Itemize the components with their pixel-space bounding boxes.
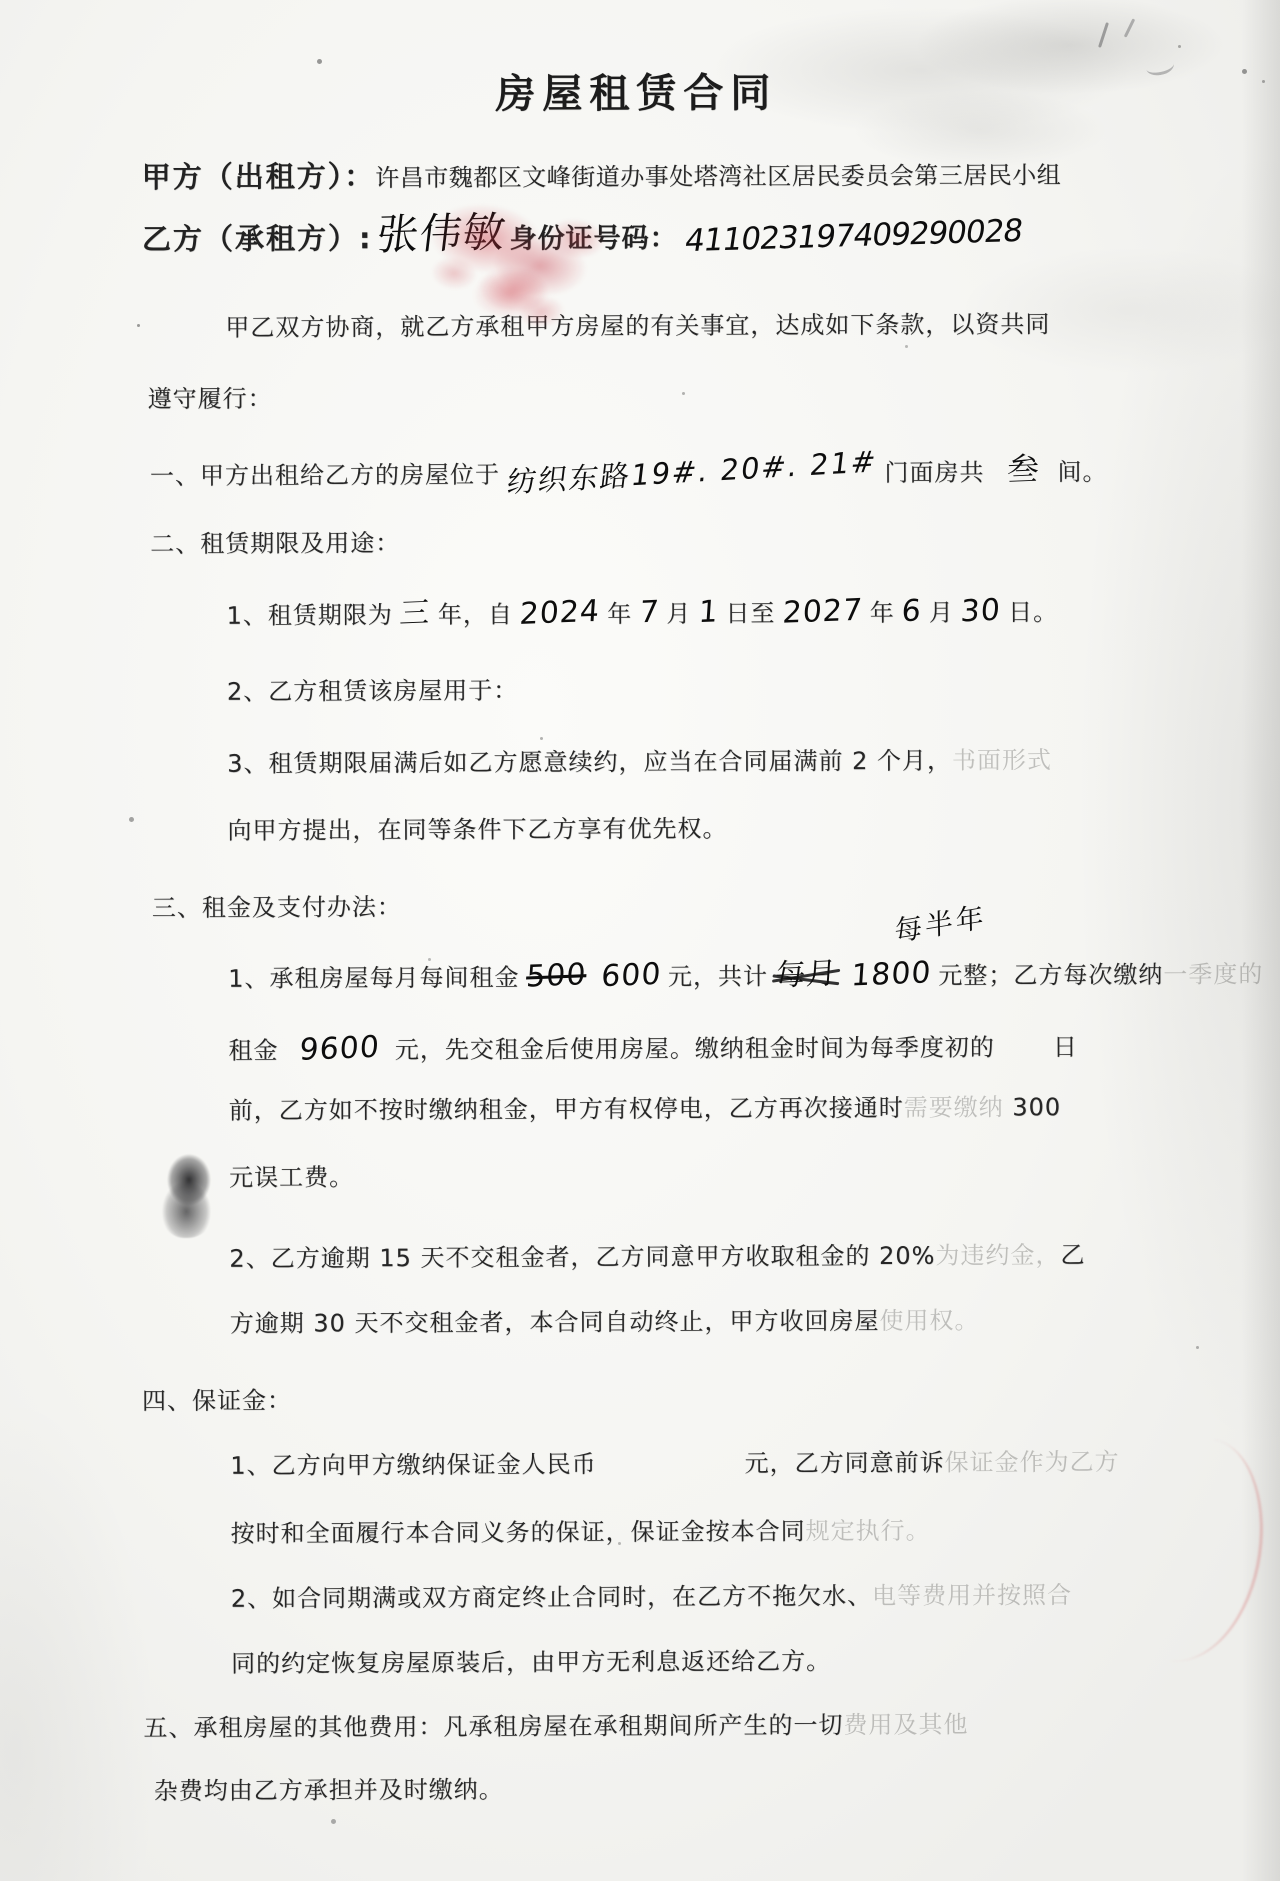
deposit-post: 元，乙方同意前诉 — [745, 1449, 945, 1478]
deposit2-faded: 规定执行。 — [806, 1517, 931, 1546]
clause3-item1-line2: 租金9600元，先交租金后使用房屋。缴纳租金时间为每季度初的日 — [228, 1028, 1078, 1068]
overdue30-main: 方逾期 30 天不交租金者，本合同自动终止，甲方收回房屋 — [230, 1307, 880, 1338]
end-year-handwritten: 2027 — [781, 593, 864, 632]
start-month-handwritten: 7 — [638, 595, 660, 632]
start-day-handwritten: 1 — [697, 594, 719, 631]
clause5-line2: 杂费均由乙方承担并及时缴纳。 — [154, 1776, 504, 1806]
term-s4: 日至 — [725, 599, 775, 627]
clause2-item3-line1: 3、租赁期限届满后如乙方愿意续约，应当在合同届满前 2 个月，书面形式 — [227, 746, 1052, 778]
clause3-item2-line2: 方逾期 30 天不交租金者，本合同自动终止，甲方收回房屋使用权。 — [230, 1307, 980, 1339]
end-day-handwritten: 30 — [960, 593, 1003, 631]
rent-pre: 1、承租房屋每月每间租金 — [228, 964, 519, 993]
deposit2-main: 按时和全面履行本合同义务的保证，保证金按本合同 — [231, 1517, 806, 1548]
deposit-pre: 1、乙方向甲方缴纳保证金人民币 — [230, 1450, 596, 1480]
clause1-mid: 门面房共 — [884, 458, 984, 486]
clause1-room-count-handwritten: 叁 — [1006, 450, 1042, 490]
term-s2: 年 — [607, 600, 632, 628]
blank-field — [597, 1472, 745, 1473]
late-fee-faded: 需要缴纳 — [904, 1093, 1004, 1121]
clause3-item1-line1: 1、承租房屋每月每间租金500600元，共计每月1800元整；乙方每次缴纳一季度… — [228, 955, 1263, 996]
party-a-label: 甲方（出租方）： — [142, 159, 376, 194]
clause1-suffix: 间。 — [1057, 458, 1107, 486]
clause4-item1-line1: 1、乙方向甲方缴纳保证金人民币元，乙方同意前诉保证金作为乙方 — [230, 1448, 1119, 1481]
quarter-rent-amount-handwritten: 9600 — [298, 1030, 381, 1069]
start-year-handwritten: 2024 — [519, 594, 602, 633]
rent-period-annotation-handwritten: 每半年 — [894, 895, 987, 950]
contract-content: 房屋租赁合同 甲方（出租方）：许昌市魏都区文峰街道办事处塔湾社区居民委员会第三居… — [0, 0, 1280, 1881]
contract-title: 房屋租赁合同 — [0, 67, 1276, 121]
end-month-handwritten: 6 — [901, 593, 923, 630]
overdue15-faded: 为违约金， — [935, 1241, 1060, 1270]
renewal-faded: 书面形式 — [952, 746, 1052, 774]
quarter-rent-s1: 元，先交租金后使用房屋。缴纳租金时间为每季度初的 — [395, 1033, 995, 1064]
clause3-item1-line3: 前，乙方如不按时缴纳租金，甲方有权停电，乙方再次接通时需要缴纳 300 — [229, 1093, 1062, 1125]
rent-s2: 元整；乙方每次缴纳 — [938, 961, 1163, 990]
rent-new-handwritten: 600 — [600, 957, 663, 995]
party-b-label: 乙方（承租方）: — [142, 221, 373, 256]
rent-total-handwritten: 1800 — [850, 955, 933, 994]
term-s6: 月 — [929, 599, 954, 627]
clause5-line1: 五、承租房屋的其他费用：凡承租房屋在承租期间所产生的一切费用及其他 — [143, 1711, 968, 1743]
clause4-item2-line2: 同的约定恢复房屋原装后，由甲方无利息返还给乙方。 — [231, 1647, 831, 1678]
rent-s1: 元，共计 — [668, 962, 768, 990]
id-label: 身份证号码： — [509, 223, 677, 255]
rent-scribble-handwritten: 每月 — [774, 956, 838, 995]
clause2-item1-line: 1、租赁期限为三年，自2024年7月1日至2027年6月30日。 — [226, 593, 1058, 633]
term-pre: 1、租赁期限为 — [227, 601, 393, 630]
clause1-pre: 一、甲方出租给乙方的房屋位于 — [150, 461, 500, 491]
deposit-post-faded: 保证金作为乙方 — [945, 1448, 1120, 1477]
clause3-item2-line1: 2、乙方逾期 15 天不交租金者，乙方同意甲方收取租金的 20%为违约金，乙 — [229, 1241, 1085, 1274]
term-years-handwritten: 三 — [399, 595, 432, 632]
party-a-line: 甲方（出租方）：许昌市魏都区文峰街道办事处塔湾社区居民委员会第三居民小组 — [142, 156, 1062, 195]
renewal-main: 3、租赁期限届满后如乙方愿意续约，应当在合同届满前 2 个月， — [227, 747, 952, 778]
party-b-name-handwritten: 张伟敏 — [374, 207, 509, 260]
overdue30-faded: 使用权。 — [879, 1307, 979, 1335]
clause1-location-handwritten: 纺织东路19#. 20#. 21# — [505, 444, 879, 500]
clause4-heading: 四、保证金： — [142, 1387, 292, 1416]
clause4-item1-line2: 按时和全面履行本合同义务的保证，保证金按本合同规定执行。 — [231, 1517, 931, 1549]
other-fees-main: 五、承租房屋的其他费用：凡承租房屋在承租期间所产生的一切 — [143, 1711, 843, 1742]
other-fees-faded: 费用及其他 — [843, 1711, 968, 1740]
late-fee-tail: 300 — [1004, 1093, 1062, 1121]
term-s7: 日。 — [1008, 598, 1058, 626]
party-b-line: 乙方（承租方）:张伟敏身份证号码：411023197409290028 — [142, 206, 1029, 260]
intro-line-1: 甲乙双方协商，就乙方承租甲方房屋的有关事宜，达成如下条款，以资共同 — [225, 310, 1050, 342]
quarter-rent-pre: 租金 — [228, 1037, 278, 1065]
refund-main: 2、如合同期满或双方商定终止合同时，在乙方不拖欠水、 — [231, 1582, 872, 1613]
overdue15-main: 2、乙方逾期 15 天不交租金者，乙方同意甲方收取租金的 20% — [229, 1242, 935, 1273]
refund-faded: 电等费用并按照合 — [872, 1581, 1072, 1610]
contract-page: 房屋租赁合同 甲方（出租方）：许昌市魏都区文峰街道办事处塔湾社区居民委员会第三居… — [0, 0, 1280, 1881]
rent-old-handwritten: 500 — [525, 957, 588, 995]
clause1-line: 一、甲方出租给乙方的房屋位于纺织东路19#. 20#. 21#门面房共叁间。 — [150, 450, 1108, 493]
clause3-heading: 三、租金及支付办法： — [152, 893, 402, 923]
clause2-item3-line2: 向甲方提出，在同等条件下乙方享有优先权。 — [227, 815, 727, 846]
clause3-item1-line4: 元误工费。 — [229, 1163, 354, 1192]
late-fee-main: 前，乙方如不按时缴纳租金，甲方有权停电，乙方再次接通时 — [229, 1094, 904, 1125]
rent-tail-faded: 一季度的 — [1163, 960, 1263, 988]
party-a-value: 许昌市魏都区文峰街道办事处塔湾社区居民委员会第三居民小组 — [375, 161, 1061, 192]
quarter-rent-s2: 日 — [1053, 1033, 1078, 1061]
term-s5: 年 — [870, 599, 895, 627]
term-s1: 年，自 — [438, 601, 513, 629]
intro-line-2: 遵守履行： — [148, 385, 273, 414]
clause2-item2-line: 2、乙方租赁该房屋用于： — [227, 677, 518, 707]
id-number-handwritten: 411023197409290028 — [682, 213, 1024, 261]
term-s3: 月 — [666, 600, 691, 628]
clause4-item2-line1: 2、如合同期满或双方商定终止合同时，在乙方不拖欠水、电等费用并按照合 — [231, 1581, 1072, 1613]
clause2-heading: 二、租赁期限及用途： — [150, 529, 400, 559]
overdue15-tail: 乙 — [1060, 1241, 1085, 1269]
